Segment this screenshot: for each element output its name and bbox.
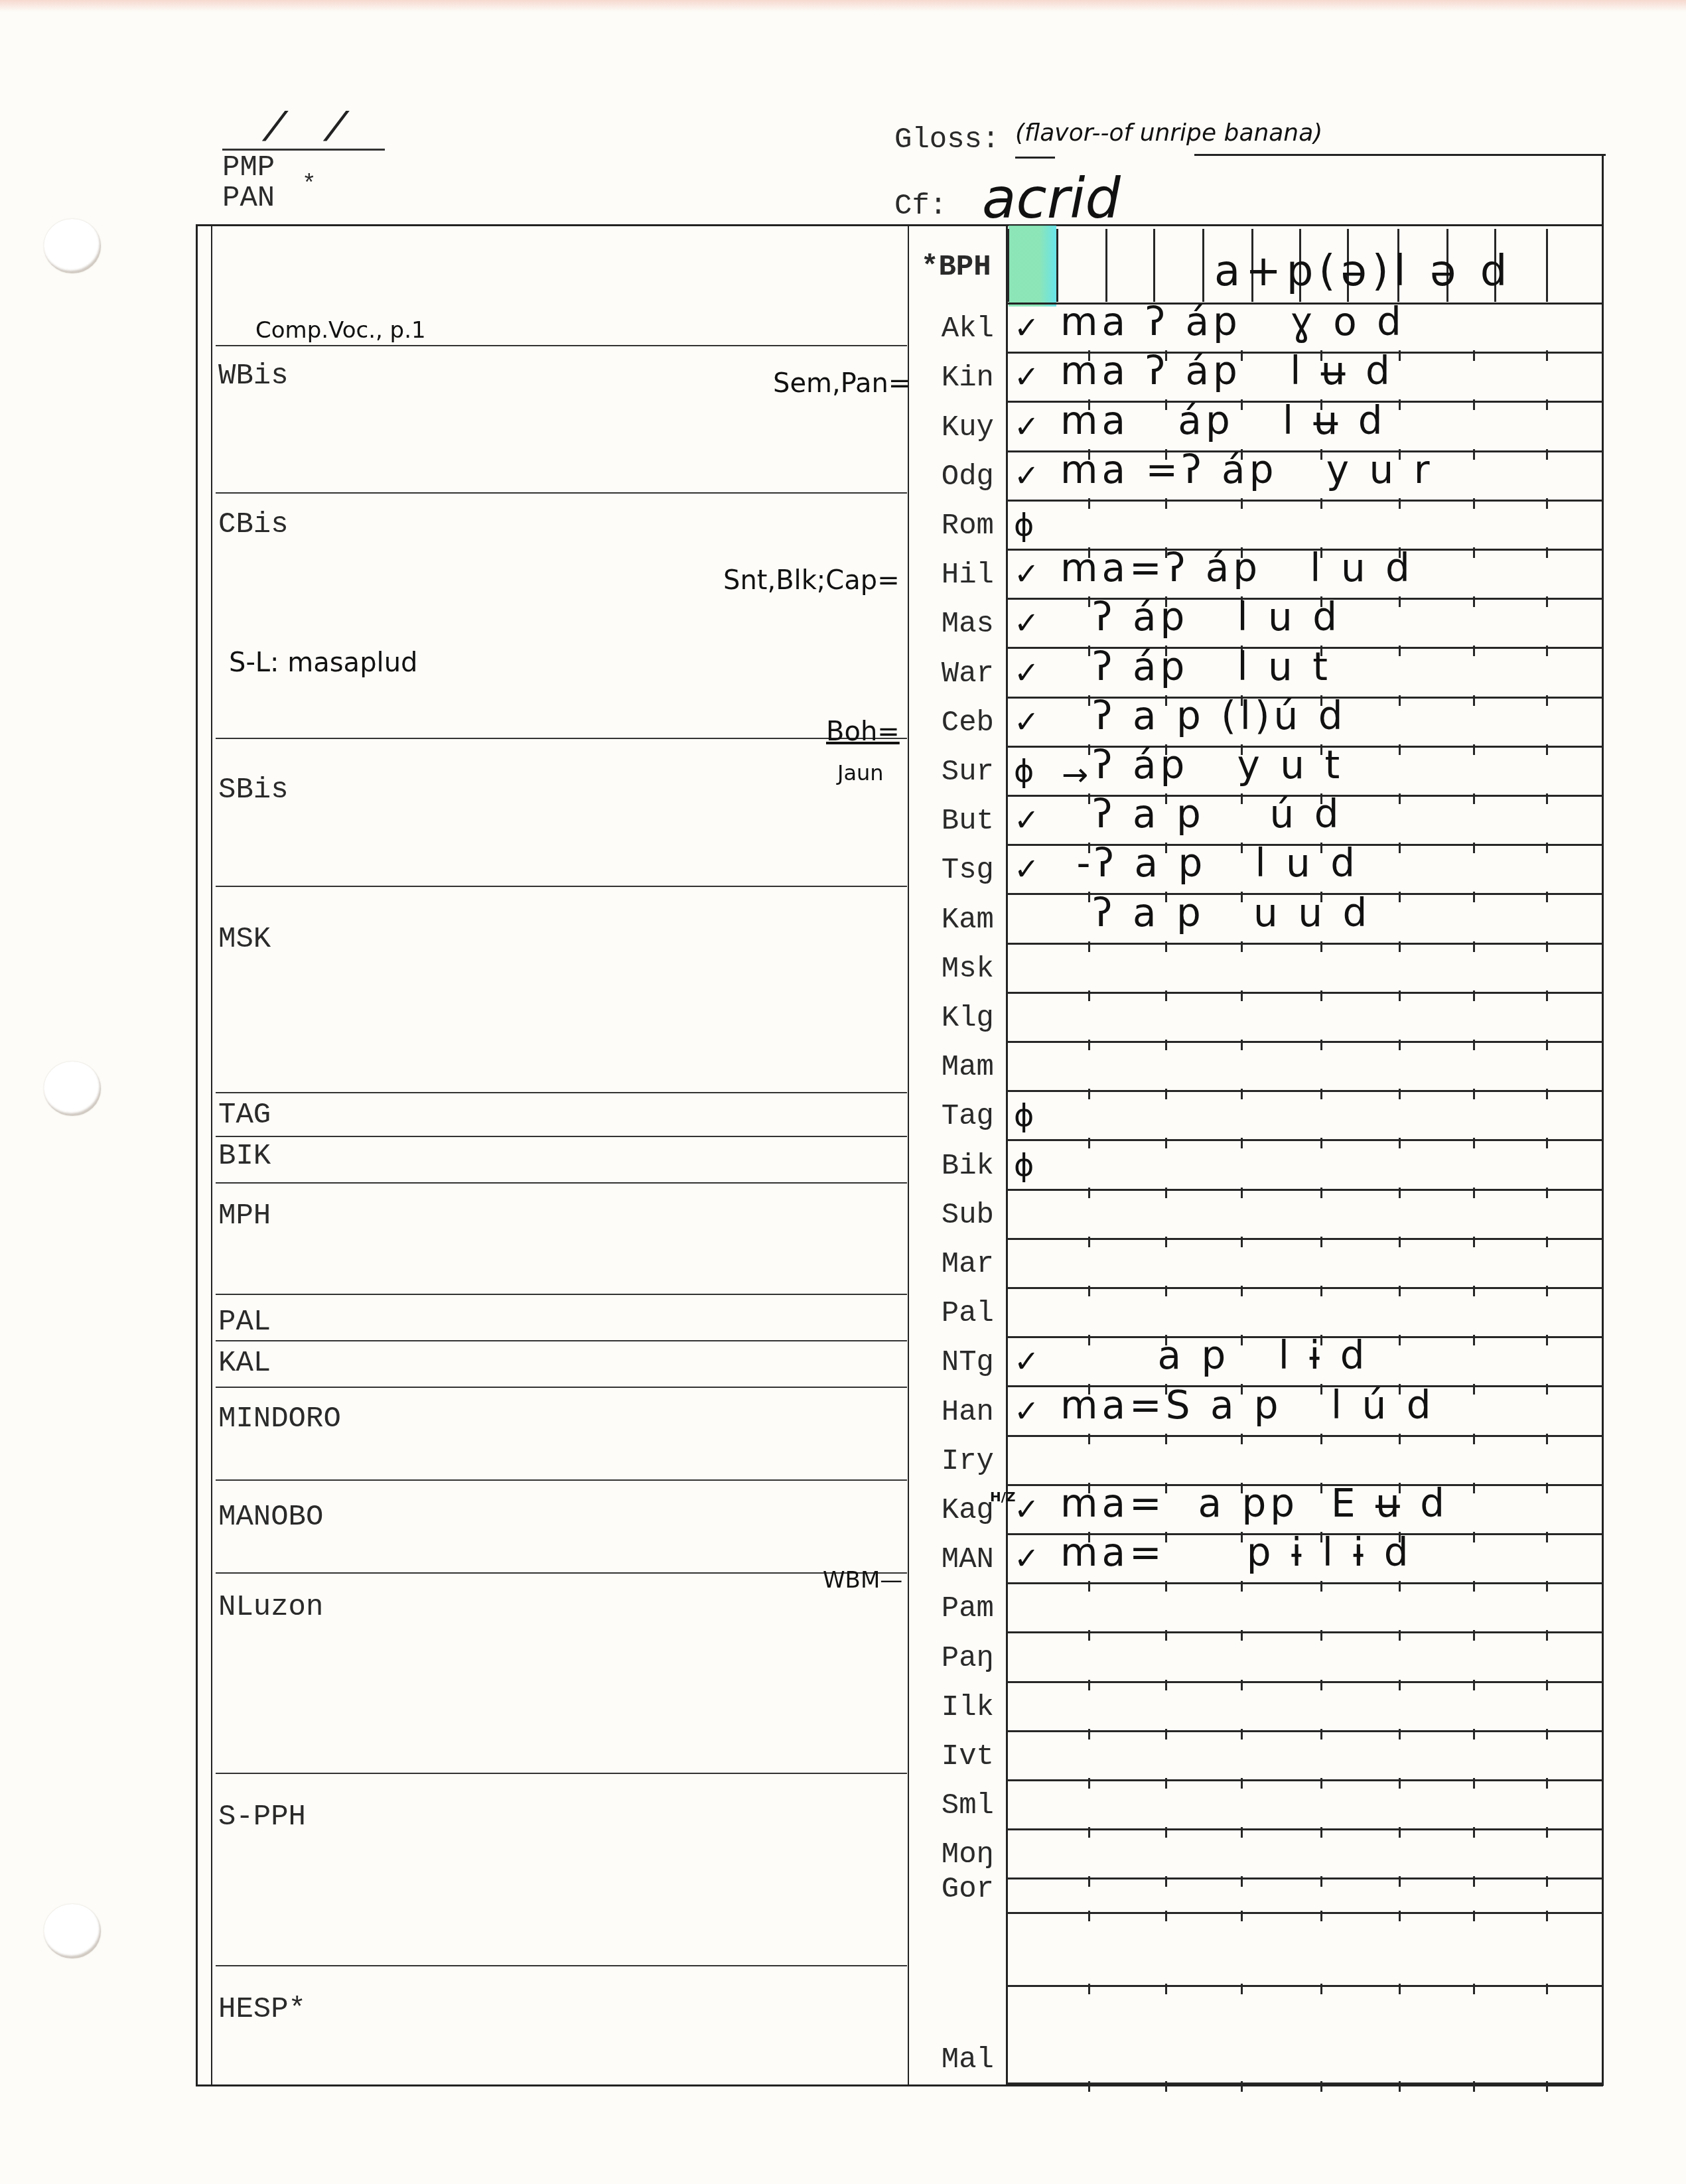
frame-left-outer xyxy=(196,224,198,2086)
gloss-value[interactable]: (flavor--of unripe banana) xyxy=(1015,119,1322,147)
scan-edge-tint xyxy=(0,0,1686,12)
language-code: Sub xyxy=(916,1199,994,1232)
reflex-form[interactable]: ʔ áp l u t xyxy=(1060,644,1332,689)
group-label: MPH xyxy=(218,1199,271,1233)
group-row: MINDORO xyxy=(216,1387,907,1481)
header-cell-rule xyxy=(1153,229,1155,302)
language-row xyxy=(1007,1732,1603,1781)
checkmark-icon[interactable]: ✓ xyxy=(1014,1393,1040,1429)
group-row: MANOBO xyxy=(216,1479,907,1574)
group-row: MSK xyxy=(216,886,907,1093)
language-code: Odg xyxy=(916,460,994,494)
language-code: NTg xyxy=(916,1346,994,1379)
column-tick xyxy=(1399,2081,1401,2092)
reflex-form[interactable]: ma áp l ʉ d xyxy=(1060,398,1387,443)
crossref-hil: Snt,Blk;Cap= xyxy=(723,565,900,596)
language-code: Iry xyxy=(916,1445,994,1478)
language-code: Tag xyxy=(916,1100,994,1133)
group-label: MSK xyxy=(218,923,271,956)
column-tick xyxy=(1241,2081,1243,2092)
reflex-form[interactable]: ʔ a p ú d xyxy=(1060,791,1342,837)
language-row xyxy=(1007,1043,1603,1092)
language-row xyxy=(1007,1437,1603,1486)
language-row xyxy=(1007,1584,1603,1633)
language-code: Pal xyxy=(916,1297,994,1330)
language-code: Moŋ xyxy=(916,1838,994,1872)
language-code: Rom xyxy=(916,510,994,543)
language-code: But xyxy=(916,805,994,838)
language-row xyxy=(1007,1633,1603,1682)
pan-label: PAN xyxy=(222,183,275,214)
checkmark-icon[interactable]: ✓ xyxy=(1014,409,1040,444)
column-tick xyxy=(1088,2081,1090,2092)
checkmark-icon[interactable]: ✓ xyxy=(1014,310,1040,346)
language-row xyxy=(1007,502,1603,551)
group-row: S-PPH xyxy=(216,1773,907,1966)
cf-value[interactable]: acrid xyxy=(982,166,1121,231)
header-cell-rule xyxy=(1056,229,1058,302)
checkmark-icon[interactable]: ✓ xyxy=(1014,1343,1040,1379)
language-code: Sml xyxy=(916,1789,994,1822)
reconstruction-label: *BPH xyxy=(921,251,991,284)
language-code: Han xyxy=(916,1396,994,1429)
gloss-underline xyxy=(1015,157,1055,159)
reconstruction-form[interactable]: a+p(ə)l ə d xyxy=(1214,247,1512,296)
group-row: MPH xyxy=(216,1182,907,1295)
reflex-form[interactable]: ma= a pp E ʉ d xyxy=(1060,1481,1448,1526)
pan-star: * xyxy=(302,171,316,198)
checkmark-icon[interactable]: ✓ xyxy=(1014,704,1040,740)
group-label: S-PPH xyxy=(218,1801,306,1834)
date-line xyxy=(222,149,385,151)
date-slash-1: / xyxy=(257,106,291,153)
language-row xyxy=(1007,945,1603,994)
crossref-man: WBM— xyxy=(823,1567,902,1594)
checkmark-icon[interactable]: ✓ xyxy=(1014,655,1040,691)
pmp-label: PMP xyxy=(222,153,275,183)
group-row: KAL xyxy=(216,1340,907,1388)
null-sign-icon[interactable]: ϕ xyxy=(1014,507,1034,543)
highlighter-mark xyxy=(1009,226,1056,307)
language-row xyxy=(1007,1914,1603,1987)
group-row: SBis xyxy=(216,738,907,887)
group-column-divider xyxy=(908,224,909,2086)
reflex-form[interactable]: ma ʔ áp ɣ o d xyxy=(1060,299,1405,344)
group-note[interactable]: S-L: masaplud xyxy=(229,648,417,678)
header-cell-rule xyxy=(1105,229,1107,302)
reflex-form[interactable]: a p l ɨ d xyxy=(1060,1333,1369,1378)
column-tick xyxy=(1320,2081,1322,2092)
language-code: Klg xyxy=(916,1002,994,1035)
reflex-form[interactable]: ma ʔ áp l ʉ d xyxy=(1060,348,1394,393)
gloss-label: Gloss: xyxy=(894,123,999,157)
null-sign-icon[interactable]: ϕ xyxy=(1014,753,1034,789)
binder-hole-bottom xyxy=(44,1904,101,1958)
header-cell-rule xyxy=(1546,229,1548,302)
gloss-rule xyxy=(1194,154,1606,156)
column-tick xyxy=(1473,2081,1475,2092)
reflex-form[interactable]: ʔ áp l u d xyxy=(1060,594,1341,640)
language-code: Gor xyxy=(916,1873,994,1906)
language-row xyxy=(1007,1683,1603,1732)
language-row xyxy=(1007,1141,1603,1190)
header-cell-rule xyxy=(1007,229,1009,302)
checkmark-icon[interactable]: ✓ xyxy=(1014,851,1040,887)
group-row: WBis xyxy=(216,345,907,494)
column-tick xyxy=(1546,2081,1548,2092)
kag-superscript: H/Z xyxy=(990,1489,1016,1505)
language-code: Mam xyxy=(916,1051,994,1084)
crossref-kin: Sem,Pan= xyxy=(773,368,910,399)
group-row: HESP* xyxy=(216,1965,907,2086)
language-row xyxy=(1007,1879,1603,1914)
language-row xyxy=(1007,1987,1603,2084)
language-code: Kag xyxy=(916,1494,994,1527)
language-row xyxy=(1007,1830,1603,1879)
language-code: Paŋ xyxy=(916,1642,994,1675)
checkmark-icon[interactable]: ✓ xyxy=(1014,458,1040,494)
language-code: Hil xyxy=(916,559,994,592)
date-slash-2: / xyxy=(318,106,352,153)
language-code: Kin xyxy=(916,362,994,395)
language-row xyxy=(1007,1191,1603,1240)
language-code: Ilk xyxy=(916,1691,994,1724)
group-row: BIK xyxy=(216,1136,907,1184)
language-code: Ivt xyxy=(916,1740,994,1773)
language-row xyxy=(1007,1092,1603,1141)
binder-hole-top xyxy=(44,219,101,273)
language-row xyxy=(1007,1289,1603,1338)
group-row: Comp.Voc., p.1 xyxy=(216,226,907,345)
language-code: Ceb xyxy=(916,707,994,740)
language-code: Kuy xyxy=(916,411,994,444)
group-label: TAG xyxy=(218,1099,271,1132)
reflex-form[interactable]: ma= p ɨ l ɨ d xyxy=(1060,1530,1413,1575)
group-label: CBis xyxy=(218,508,289,541)
language-code: Msk xyxy=(916,953,994,986)
language-code: Mas xyxy=(916,608,994,641)
reflex-form[interactable]: -ʔ a p l u d xyxy=(1060,841,1359,886)
null-sign-icon[interactable]: ϕ xyxy=(1014,1097,1034,1133)
binder-hole-middle xyxy=(44,1061,101,1116)
group-label: MANOBO xyxy=(218,1501,323,1534)
null-sign-icon[interactable]: ϕ xyxy=(1014,1147,1034,1183)
checkmark-icon[interactable]: ✓ xyxy=(1014,1540,1040,1576)
checkmark-icon[interactable]: ✓ xyxy=(1014,1491,1040,1527)
checkmark-icon[interactable]: ✓ xyxy=(1014,359,1040,395)
group-label: SBis xyxy=(218,774,289,807)
group-note[interactable]: Comp.Voc., p.1 xyxy=(255,317,426,344)
language-code: Kam xyxy=(916,904,994,937)
reflex-form[interactable]: ʔ a p u u d xyxy=(1060,890,1371,935)
reflex-form[interactable]: ʔ a p (l)ú d xyxy=(1060,693,1347,738)
crossref-sur: Jaun xyxy=(837,760,884,785)
language-code: MAN xyxy=(916,1543,994,1576)
group-label: HESP* xyxy=(218,1993,306,2026)
language-code: Mal xyxy=(916,2043,994,2077)
reflex-form[interactable]: ma=S a p l ú d xyxy=(1060,1383,1435,1428)
language-code: Bik xyxy=(916,1150,994,1183)
language-code: Pam xyxy=(916,1592,994,1625)
group-label: BIK xyxy=(218,1140,271,1173)
group-row: PAL xyxy=(216,1294,907,1341)
language-code: Sur xyxy=(916,756,994,789)
group-row: NLuzon xyxy=(216,1572,907,1774)
language-row xyxy=(1007,1781,1603,1830)
group-label: NLuzon xyxy=(218,1591,323,1624)
language-row xyxy=(1007,994,1603,1043)
proto-labels: PMP PAN xyxy=(222,153,275,214)
language-code: War xyxy=(916,657,994,691)
column-tick xyxy=(1165,2081,1167,2092)
reflex-form[interactable]: ma =ʔ áp y u r xyxy=(1060,447,1434,492)
crossref-ceb: Boh= xyxy=(826,717,900,747)
group-label: PAL xyxy=(218,1306,271,1339)
frame-left-inner xyxy=(211,224,212,2086)
checkmark-icon[interactable]: ✓ xyxy=(1014,556,1040,592)
group-label: KAL xyxy=(218,1347,271,1380)
checkmark-icon[interactable]: ✓ xyxy=(1014,802,1040,838)
group-row: TAG xyxy=(216,1092,907,1137)
checkmark-icon[interactable]: ✓ xyxy=(1014,605,1040,641)
language-code: Tsg xyxy=(916,854,994,887)
cf-label: Cf: xyxy=(894,190,947,223)
group-row: CBisS-L: masaplud xyxy=(216,492,907,739)
reflex-form[interactable]: ma=ʔ áp l u d xyxy=(1060,545,1414,590)
header-cell-rule xyxy=(1202,229,1204,302)
language-code: Akl xyxy=(916,312,994,346)
language-code: Mar xyxy=(916,1248,994,1281)
language-row xyxy=(1007,1240,1603,1289)
reflex-form[interactable]: ʔ áp y u t xyxy=(1060,742,1344,787)
group-label: WBis xyxy=(218,360,289,393)
group-label: MINDORO xyxy=(218,1402,341,1436)
